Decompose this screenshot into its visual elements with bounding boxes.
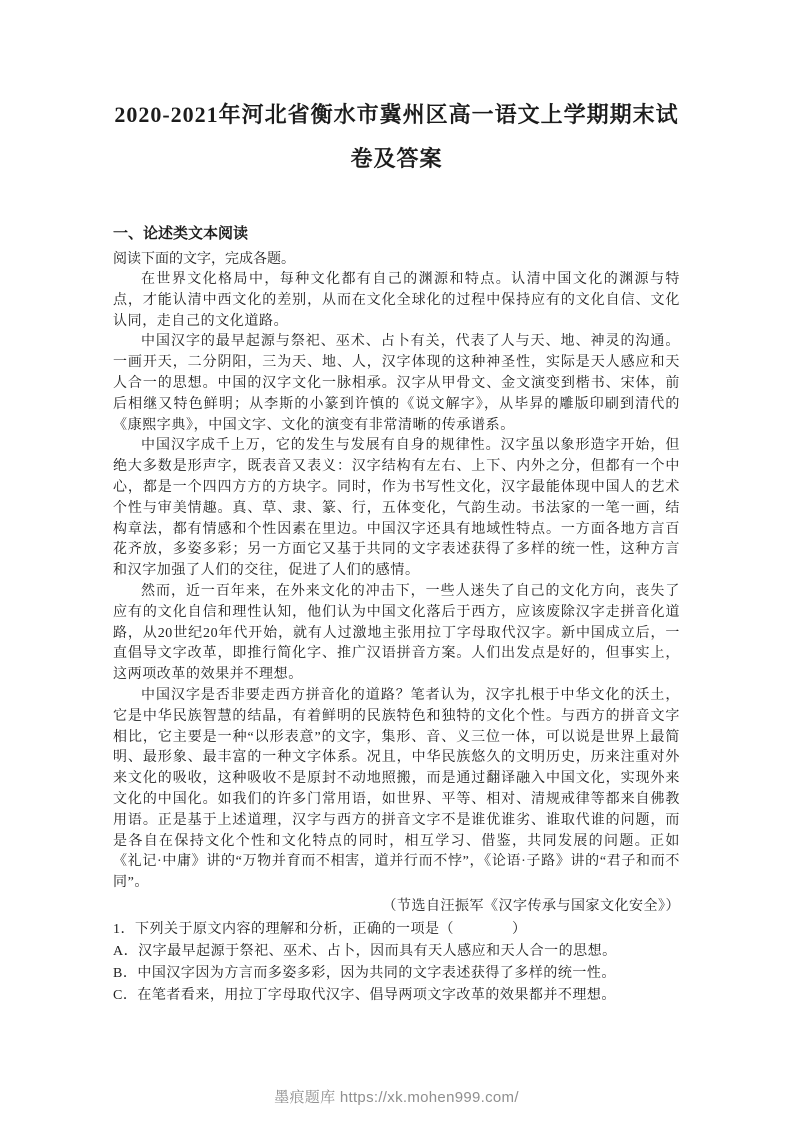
page-title: 2020-2021年河北省衡水市冀州区高一语文上学期期末试卷及答案	[113, 93, 680, 181]
site-footer-link: 墨痕题库 https://xk.mohen999.com/	[0, 1086, 793, 1107]
reading-passage: 在世界文化格局中，每种文化都有自己的渊源和特点。认清中国文化的渊源与特点，才能认…	[113, 270, 680, 894]
question-1-option-a: A．汉字最早起源于祭祀、巫术、占卜，因而具有天人感应和天人合一的思想。	[113, 941, 680, 963]
reading-instruction: 阅读下面的文字，完成各题。	[113, 249, 680, 270]
page-content: 2020-2021年河北省衡水市冀州区高一语文上学期期末试卷及答案 一、论述类文…	[113, 0, 680, 1007]
passage-paragraph: 在世界文化格局中，每种文化都有自己的渊源和特点。认清中国文化的渊源与特点，才能认…	[113, 270, 680, 332]
source-attribution: （节选自汪振军《汉字传承与国家文化安全》）	[113, 896, 680, 917]
passage-paragraph: 然而，近一百年来，在外来文化的冲击下，一些人迷失了自己的文化方向，丧失了应有的文…	[113, 582, 680, 686]
exam-paper-page: 2020-2021年河北省衡水市冀州区高一语文上学期期末试卷及答案 一、论述类文…	[0, 0, 793, 1122]
section-heading: 一、论述类文本阅读	[113, 224, 680, 245]
question-1-option-c: C．在笔者看来，用拉丁字母取代汉字、倡导两项文字改革的效果都并不理想。	[113, 985, 680, 1007]
question-1: 1．下列关于原文内容的理解和分析，正确的一项是（ ）	[113, 919, 680, 941]
passage-paragraph: 中国汉字成千上万，它的发生与发展有自身的规律性。汉字虽以象形造字开始，但绝大多数…	[113, 436, 680, 582]
passage-paragraph: 中国汉字的最早起源与祭祀、巫术、占卜有关，代表了人与天、地、神灵的沟通。一画开天…	[113, 332, 680, 436]
question-1-option-b: B．中国汉字因为方言而多姿多彩，因为共同的文字表述获得了多样的统一性。	[113, 963, 680, 985]
passage-paragraph: 中国汉字是否非要走西方拼音化的道路？笔者认为，汉字扎根于中华文化的沃土，它是中华…	[113, 686, 680, 894]
